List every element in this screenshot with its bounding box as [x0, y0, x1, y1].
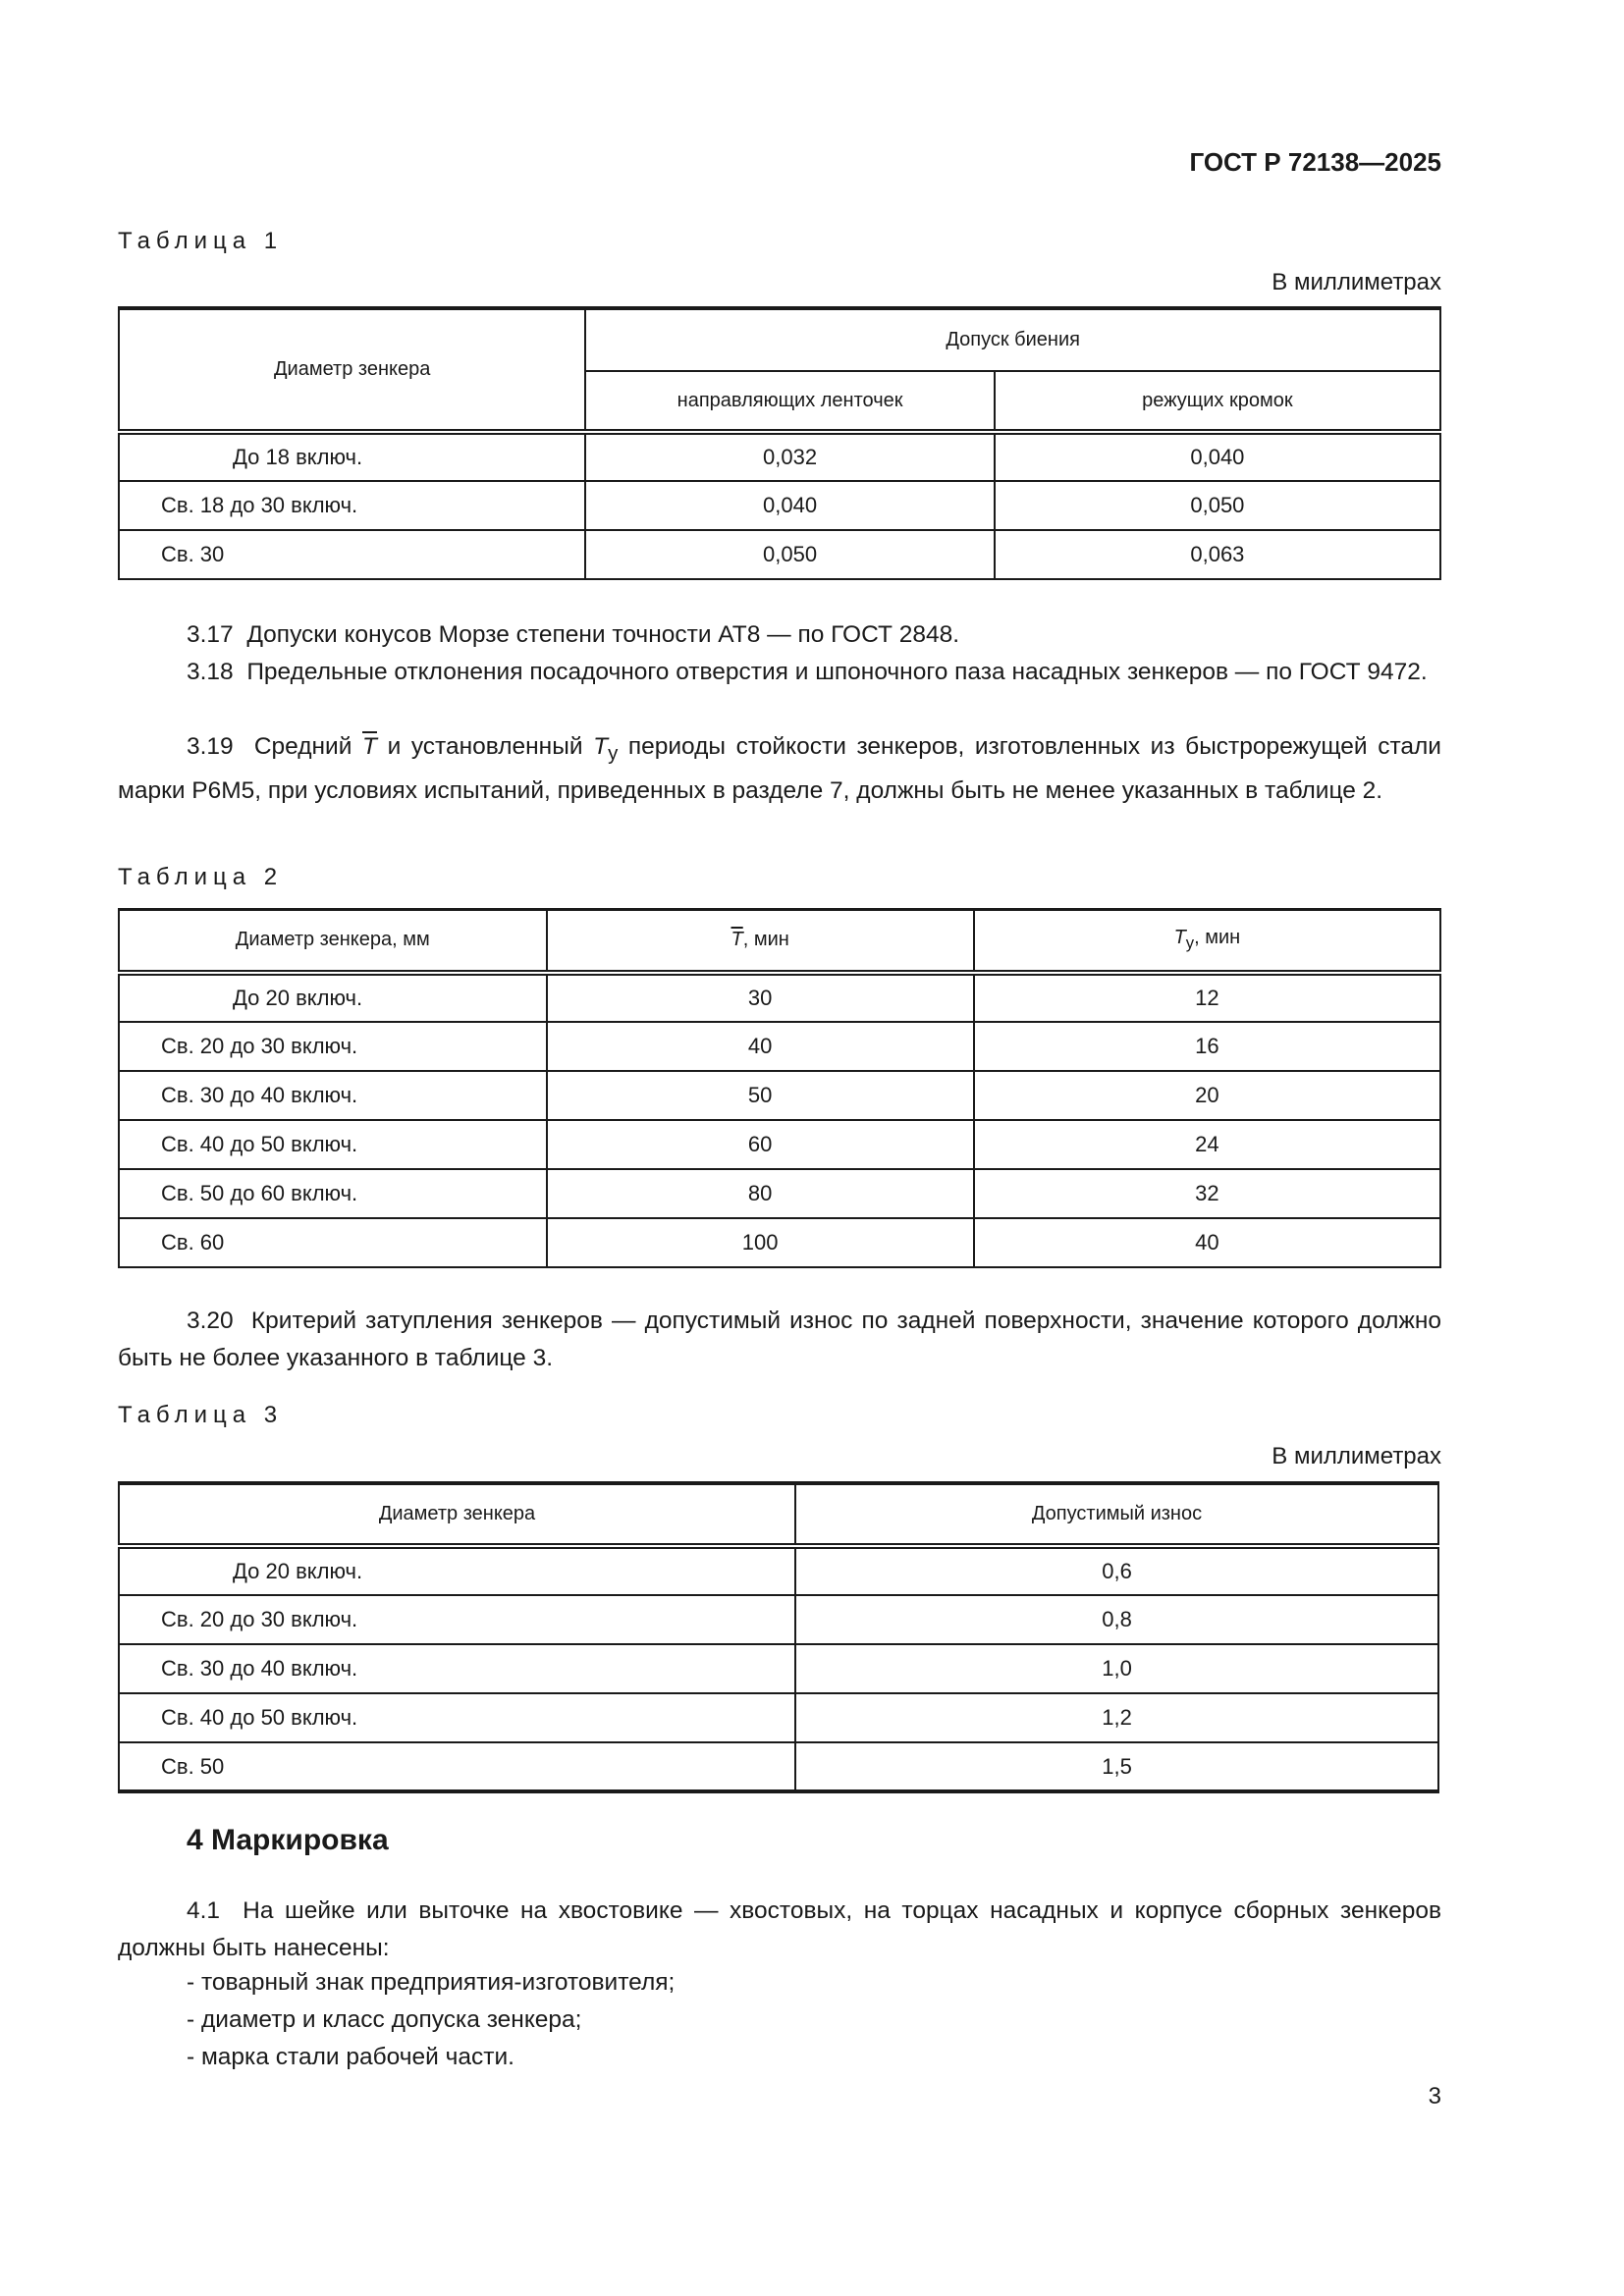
table1-header-group: Допуск биения: [585, 308, 1440, 371]
table-1: Диаметр зенкера Допуск биения направляющ…: [118, 306, 1441, 580]
table2-header-set-life: Tу, мин: [974, 910, 1440, 973]
table2-header-mean-life: T, мин: [547, 910, 974, 973]
cell: 32: [974, 1169, 1440, 1218]
section-heading: 4 Маркировка: [187, 1824, 389, 1857]
paragraph-3-20: 3.20 Критерий затупления зенкеров — допу…: [118, 1303, 1441, 1377]
table2-header-diameter: Диаметр зенкера, мм: [119, 910, 547, 973]
paragraph-3-18: 3.18 Предельные отклонения посадочного о…: [118, 654, 1441, 691]
cell: 0,8: [795, 1595, 1438, 1644]
table-row: Св. 40 до 50 включ. 1,2: [119, 1693, 1438, 1742]
table1-caption: Таблица 1: [118, 228, 283, 255]
cell: 0,050: [585, 530, 994, 579]
table-3: Диаметр зенкера Допустимый износ До 20 в…: [118, 1481, 1439, 1793]
cell: 16: [974, 1022, 1440, 1071]
table-row: Св. 50 до 60 включ. 80 32: [119, 1169, 1440, 1218]
cell: 24: [974, 1120, 1440, 1169]
document-id-header: ГОСТ Р 72138—2025: [1189, 147, 1441, 178]
cell: 50: [547, 1071, 974, 1120]
table-row: Св. 60 100 40: [119, 1218, 1440, 1267]
table3-header-diameter: Диаметр зенкера: [119, 1483, 795, 1546]
cell: Св. 30 до 40 включ.: [119, 1644, 795, 1693]
table-row: До 20 включ. 0,6: [119, 1546, 1438, 1595]
table3-units: В миллиметрах: [1272, 1443, 1441, 1470]
page-number: 3: [1429, 2083, 1441, 2110]
table-row: До 18 включ. 0,032 0,040: [119, 432, 1440, 481]
cell: Св. 50: [119, 1742, 795, 1791]
cell: До 18 включ.: [119, 432, 585, 481]
table-row: Св. 30 до 40 включ. 50 20: [119, 1071, 1440, 1120]
paragraph-4-1: 4.1 На шейке или выточке на хвостовике —…: [118, 1893, 1441, 1967]
cell: 0,040: [585, 481, 994, 530]
cell: Св. 30 до 40 включ.: [119, 1071, 547, 1120]
table-row: Св. 30 до 40 включ. 1,0: [119, 1644, 1438, 1693]
cell: До 20 включ.: [119, 1546, 795, 1595]
paragraph-3-17: 3.17 Допуски конусов Морзе степени точно…: [118, 616, 1441, 654]
list-item: - диаметр и класс допуска зенкера;: [187, 2006, 582, 2034]
table1-subheader-edges: режущих кромок: [995, 371, 1440, 432]
cell: 20: [974, 1071, 1440, 1120]
table-2: Диаметр зенкера, мм T, мин Tу, мин До 20…: [118, 908, 1441, 1268]
paragraph-3-19: 3.19 Средний T и установленный Tу период…: [118, 728, 1441, 810]
cell: Св. 20 до 30 включ.: [119, 1022, 547, 1071]
cell: 0,6: [795, 1546, 1438, 1595]
table-row: Св. 18 до 30 включ. 0,040 0,050: [119, 481, 1440, 530]
cell: Св. 18 до 30 включ.: [119, 481, 585, 530]
cell: Св. 50 до 60 включ.: [119, 1169, 547, 1218]
table3-caption: Таблица 3: [118, 1402, 283, 1429]
list-item: - товарный знак предприятия-изготовителя…: [187, 1969, 675, 1997]
list-item: - марка стали рабочей части.: [187, 2044, 514, 2071]
cell: 0,063: [995, 530, 1440, 579]
cell: 80: [547, 1169, 974, 1218]
cell: 0,032: [585, 432, 994, 481]
table1-units: В миллиметрах: [1272, 269, 1441, 296]
cell: Св. 40 до 50 включ.: [119, 1120, 547, 1169]
cell: Св. 30: [119, 530, 585, 579]
cell: Св. 60: [119, 1218, 547, 1267]
table-row: Св. 20 до 30 включ. 0,8: [119, 1595, 1438, 1644]
cell: До 20 включ.: [119, 973, 547, 1022]
cell: 60: [547, 1120, 974, 1169]
cell: 0,040: [995, 432, 1440, 481]
cell: Св. 20 до 30 включ.: [119, 1595, 795, 1644]
cell: 40: [547, 1022, 974, 1071]
table-row: Св. 20 до 30 включ. 40 16: [119, 1022, 1440, 1071]
table-row: Св. 30 0,050 0,063: [119, 530, 1440, 579]
cell: 1,2: [795, 1693, 1438, 1742]
table2-caption: Таблица 2: [118, 864, 283, 891]
cell: 40: [974, 1218, 1440, 1267]
table1-header-diameter: Диаметр зенкера: [119, 308, 585, 432]
cell: 12: [974, 973, 1440, 1022]
table-row: Св. 40 до 50 включ. 60 24: [119, 1120, 1440, 1169]
cell: 100: [547, 1218, 974, 1267]
table-row: Св. 50 1,5: [119, 1742, 1438, 1791]
table1-subheader-guides: направляющих ленточек: [585, 371, 994, 432]
cell: 1,5: [795, 1742, 1438, 1791]
cell: 1,0: [795, 1644, 1438, 1693]
cell: Св. 40 до 50 включ.: [119, 1693, 795, 1742]
table-row: До 20 включ. 30 12: [119, 973, 1440, 1022]
cell: 30: [547, 973, 974, 1022]
table3-header-wear: Допустимый износ: [795, 1483, 1438, 1546]
cell: 0,050: [995, 481, 1440, 530]
